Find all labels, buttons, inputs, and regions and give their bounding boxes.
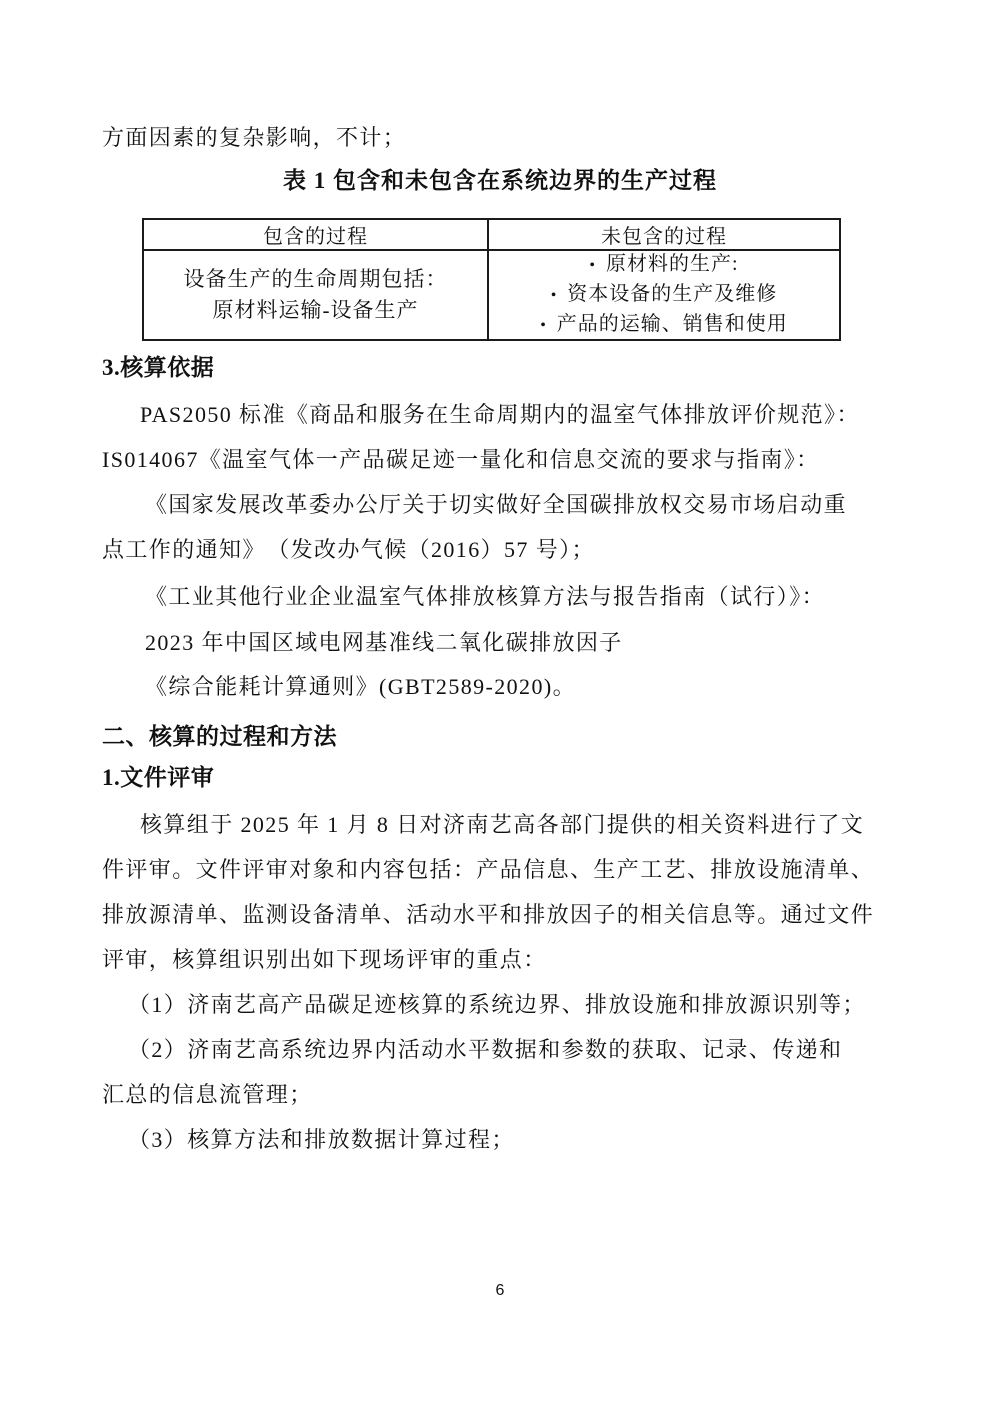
basis-line: 《国家发展改革委办公厅关于切实做好全国碳排放权交易市场启动重 xyxy=(145,490,847,520)
basis-line: 2023 年中国区域电网基准线二氧化碳排放因子 xyxy=(145,628,623,658)
bullet-icon: • xyxy=(540,317,547,334)
bullet-icon: • xyxy=(551,287,558,304)
basis-line: PAS2050 标准《商品和服务在生命周期内的温室气体排放评价规范》： xyxy=(140,400,860,430)
basis-line: IS014067《温室气体一产品碳足迹一量化和信息交流的要求与指南》： xyxy=(102,445,820,475)
table-body-row: 设备生产的生命周期包括： 原材料运输-设备生产 •原材料的生产: •资本设备的生… xyxy=(144,251,839,339)
excluded-item: •资本设备的生产及维修 xyxy=(551,280,778,310)
excluded-item-text: 原材料的生产: xyxy=(606,253,739,275)
document-page: 方面因素的复杂影响，不计； 表 1 包含和未包含在系统边界的生产过程 包含的过程… xyxy=(0,0,1000,1415)
table-cell-included: 设备生产的生命周期包括： 原材料运输-设备生产 xyxy=(144,251,489,339)
table-header-excluded: 未包含的过程 xyxy=(489,220,839,249)
doc-review-point-2: （2）济南艺高系统边界内活动水平数据和参数的获取、记录、传递和 xyxy=(128,1035,842,1065)
table-caption: 表 1 包含和未包含在系统边界的生产过程 xyxy=(0,166,1000,196)
section-heading-basis: 3.核算依据 xyxy=(102,353,214,383)
doc-review-line: 汇总的信息流管理； xyxy=(102,1080,313,1110)
excluded-item: •原材料的生产: xyxy=(589,250,738,280)
basis-line: 《工业其他行业企业温室气体排放核算方法与报告指南（试行）》： xyxy=(145,582,825,612)
intro-line: 方面因素的复杂影响，不计； xyxy=(102,123,406,153)
basis-line: 点工作的通知》 （发改办气候（2016）57 号）； xyxy=(102,535,595,565)
bullet-icon: • xyxy=(589,257,596,274)
basis-line: 《综合能耗计算通则》(GBT2589-2020)。 xyxy=(145,672,576,702)
excluded-item: •产品的运输、销售和使用 xyxy=(540,310,788,340)
doc-review-point-1: （1）济南艺高产品碳足迹核算的系统边界、排放设施和排放源识别等； xyxy=(128,990,866,1020)
table-cell-excluded: •原材料的生产: •资本设备的生产及维修 •产品的运输、销售和使用 xyxy=(489,251,839,339)
included-line-1: 设备生产的生命周期包括： xyxy=(184,264,448,295)
doc-review-line: 评审，核算组识别出如下现场评审的重点： xyxy=(102,945,547,975)
doc-review-point-3: （3）核算方法和排放数据计算过程； xyxy=(128,1125,515,1155)
doc-review-line: 核算组于 2025 年 1 月 8 日对济南艺高各部门提供的相关资料进行了文 xyxy=(140,810,864,840)
doc-review-line: 件评审。文件评审对象和内容包括：产品信息、生产工艺、排放设施清单、 xyxy=(102,855,874,885)
system-boundary-table: 包含的过程 未包含的过程 设备生产的生命周期包括： 原材料运输-设备生产 •原材… xyxy=(142,218,841,341)
table-header-included: 包含的过程 xyxy=(144,220,489,249)
page-number: 6 xyxy=(0,1282,1000,1300)
excluded-item-text: 资本设备的生产及维修 xyxy=(567,283,777,305)
doc-review-line: 排放源清单、监测设备清单、活动水平和排放因子的相关信息等。通过文件 xyxy=(102,900,874,930)
excluded-item-text: 产品的运输、销售和使用 xyxy=(557,313,788,335)
table-header-row: 包含的过程 未包含的过程 xyxy=(144,220,839,251)
included-line-2: 原材料运输-设备生产 xyxy=(213,295,419,326)
subsection-heading-doc-review: 1.文件评审 xyxy=(102,763,214,793)
section-heading-process: 二、核算的过程和方法 xyxy=(102,722,337,752)
